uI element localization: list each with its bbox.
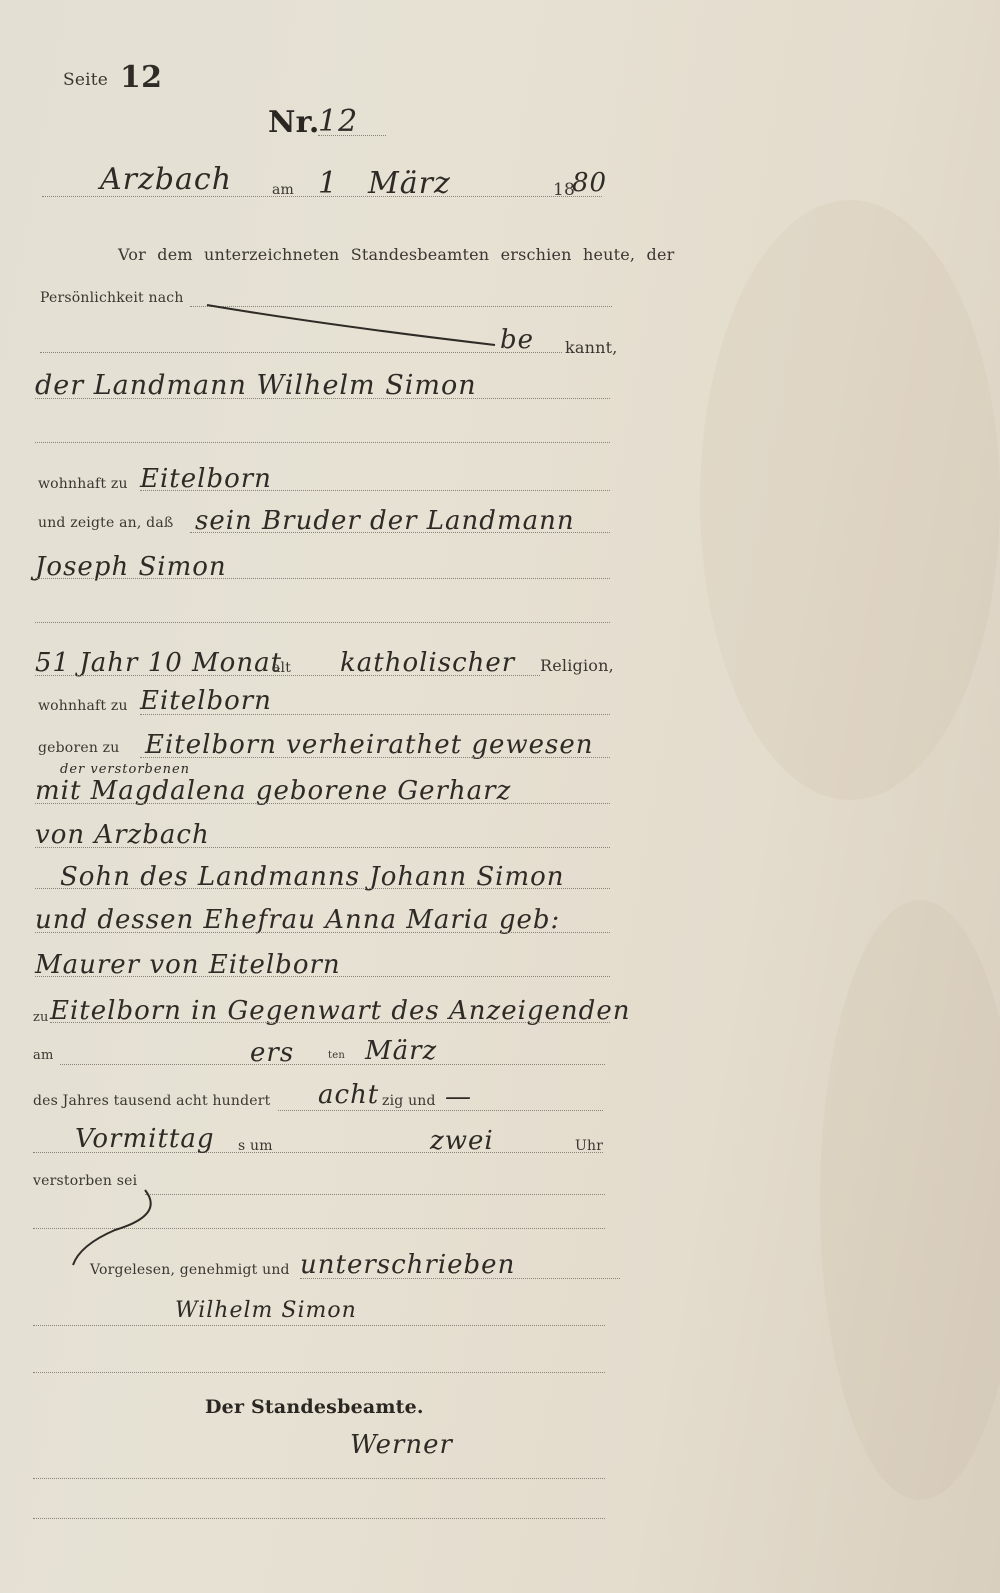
document-page: Seite 12 Nr. 12 Arzbach am 1 März 18 80 … <box>0 0 1000 1593</box>
age-label: alt <box>272 660 291 676</box>
spouse-line-1: mit Magdalena geborene Gerharz <box>35 776 511 806</box>
death-place-label: zu <box>33 1010 49 1025</box>
informant-residence-line <box>140 490 610 491</box>
deceased-residence-line <box>140 714 610 715</box>
death-date-label: am <box>33 1048 53 1063</box>
bekannt-line <box>40 352 562 353</box>
born-text: Eitelborn verheirathet gewesen <box>145 730 594 760</box>
personality-label: Persönlichkeit nach <box>40 290 184 306</box>
closing-line <box>300 1278 620 1279</box>
death-time: Vormittag <box>75 1124 214 1154</box>
death-day-text: ers <box>250 1038 294 1068</box>
informant-name: der Landmann Wilhelm Simon <box>35 370 477 401</box>
age-value: 51 Jahr 10 Monat <box>35 648 282 678</box>
declaration-label: und zeigte an, daß <box>38 515 173 531</box>
official-signature-line <box>33 1478 605 1479</box>
declaration-line-1 <box>190 532 610 533</box>
informant-signature: Wilhelm Simon <box>175 1298 357 1323</box>
parents-line-2: und dessen Ehefrau Anna Maria geb: <box>35 905 560 935</box>
ten-label: ten <box>328 1050 345 1061</box>
record-number-line <box>318 135 386 136</box>
record-number: 12 <box>318 104 358 139</box>
declaration-line-2 <box>35 578 610 579</box>
zig-text: — <box>445 1082 472 1112</box>
deceased-residence: Eitelborn <box>140 686 272 716</box>
blank-line <box>33 1518 605 1519</box>
uhr-label: Uhr <box>575 1138 603 1154</box>
official-signature: Werner <box>350 1430 453 1460</box>
intro-line: Vor dem unterzeichneten Standesbeamten e… <box>118 245 674 264</box>
verstorben-line <box>145 1194 605 1195</box>
death-hour: zwei <box>430 1126 494 1156</box>
year-written: 80 <box>572 168 607 198</box>
blank-line <box>35 622 610 623</box>
record-label: Nr. <box>268 105 320 140</box>
informant-signature-line <box>33 1325 605 1326</box>
age-religion-line <box>35 675 540 676</box>
spouse-line-2: von Arzbach <box>35 820 210 850</box>
zig-label: zig und <box>382 1093 436 1109</box>
parents-rule-3 <box>35 976 610 977</box>
official-heading: Der Standesbeamte. <box>205 1396 424 1418</box>
blank-line <box>33 1372 605 1373</box>
religion-label: Religion, <box>540 656 614 675</box>
death-year-label: des Jahres tausend acht hundert <box>33 1093 270 1109</box>
death-month: März <box>365 1036 437 1066</box>
place-value: Arzbach <box>100 162 232 197</box>
paper-stain <box>820 900 1000 1500</box>
death-year-text: acht <box>318 1080 379 1110</box>
month-value: März <box>368 166 451 201</box>
born-label: geboren zu <box>38 740 119 756</box>
parents-rule-1 <box>35 888 610 889</box>
death-place-line <box>50 1022 610 1023</box>
bekannt-prefix: be <box>500 325 534 355</box>
death-year-line <box>278 1110 603 1111</box>
annotation-text: der verstorbenen <box>60 762 190 777</box>
am-label: am <box>272 182 294 198</box>
informant-line <box>35 398 610 399</box>
blank-line <box>35 442 610 443</box>
bekannt-suffix: kannt, <box>565 338 618 357</box>
deceased-residence-label: wohnhaft zu <box>38 698 128 714</box>
informant-residence-label: wohnhaft zu <box>38 476 128 492</box>
spouse-line-rule-2 <box>35 847 610 848</box>
born-line <box>140 757 610 758</box>
spouse-line-rule-1 <box>35 803 610 804</box>
strike-line <box>205 300 505 350</box>
closing-label: Vorgelesen, genehmigt und <box>90 1262 290 1278</box>
page-number: 12 <box>120 60 162 95</box>
death-date-line <box>60 1064 605 1065</box>
paper-stain <box>700 200 1000 800</box>
day-value: 1 <box>318 166 338 201</box>
time-suffix: s um <box>238 1138 273 1154</box>
religion-value: katholischer <box>340 648 515 678</box>
closing-text: unterschrieben <box>300 1250 515 1280</box>
parents-rule-2 <box>35 932 610 933</box>
page-label: Seite <box>63 70 108 90</box>
